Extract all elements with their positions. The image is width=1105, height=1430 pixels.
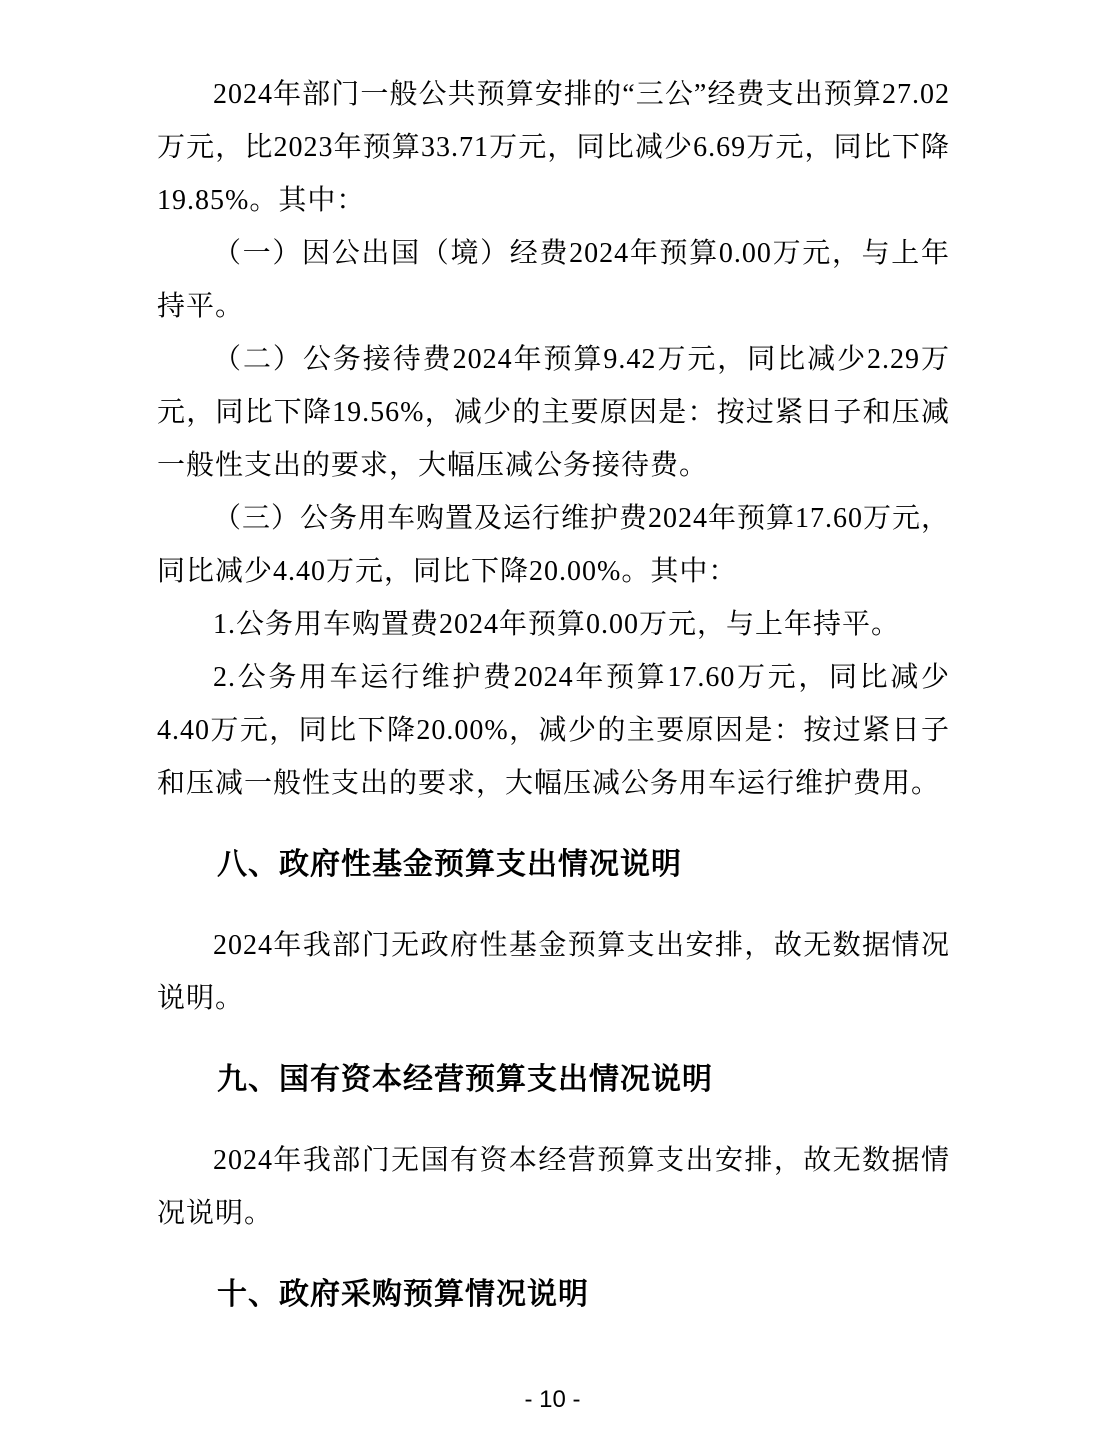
paragraph-official-reception-expense: （二）公务接待费2024年预算9.42万元，同比减少2.29万元，同比下降19.… [157, 333, 950, 492]
paragraph-overseas-travel-expense: （一）因公出国（境）经费2024年预算0.00万元，与上年持平。 [157, 227, 950, 333]
paragraph-state-capital-note: 2024年我部门无国有资本经营预算支出安排，故无数据情况说明。 [157, 1134, 950, 1240]
paragraph-vehicle-purchase-expense: 1.公务用车购置费2024年预算0.00万元，与上年持平。 [157, 598, 950, 651]
paragraph-vehicle-operation-expense: 2.公务用车运行维护费2024年预算17.60万元，同比减少4.40万元，同比下… [157, 651, 950, 810]
paragraph-three-public-funds-summary: 2024年部门一般公共预算安排的“三公”经费支出预算27.02万元，比2023年… [157, 68, 950, 227]
document-page: 2024年部门一般公共预算安排的“三公”经费支出预算27.02万元，比2023年… [0, 0, 1105, 1430]
paragraph-government-fund-note: 2024年我部门无政府性基金预算支出安排，故无数据情况说明。 [157, 919, 950, 1025]
paragraph-official-vehicle-total-expense: （三）公务用车购置及运行维护费2024年预算17.60万元，同比减少4.40万元… [157, 492, 950, 598]
page-number: - 10 - [0, 1386, 1105, 1414]
heading-section-10-government-procurement: 十、政府采购预算情况说明 [157, 1268, 950, 1321]
heading-section-8-government-fund-budget: 八、政府性基金预算支出情况说明 [157, 838, 950, 891]
heading-section-9-state-capital-budget: 九、国有资本经营预算支出情况说明 [157, 1053, 950, 1106]
